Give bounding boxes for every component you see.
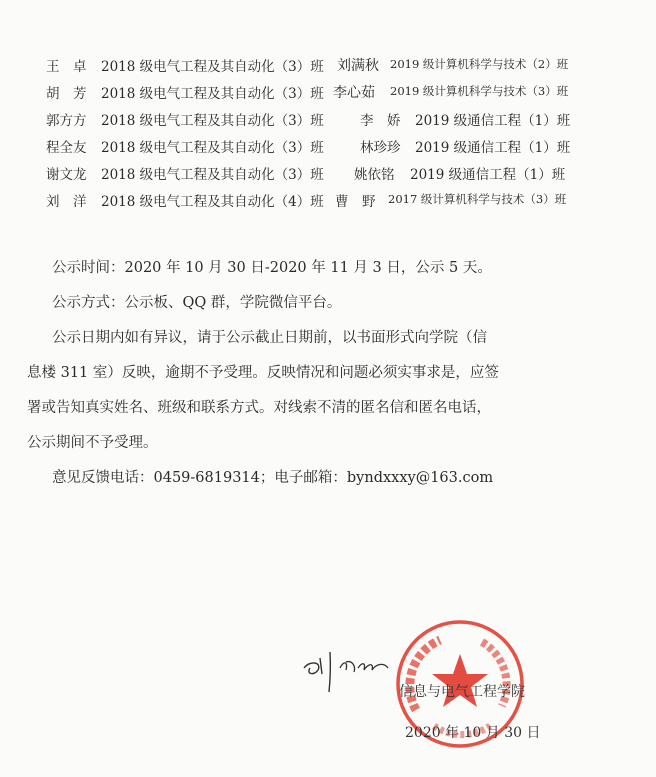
- student-class: 2019 级通信工程（1）班: [415, 109, 570, 129]
- student-name: 姚依铭: [354, 163, 395, 183]
- student-class: 2018 级电气工程及其自动化（3）班: [101, 55, 324, 75]
- feedback-contact: 意见反馈电话：0459-6819314；电子邮箱：byndxxxy@163.co…: [52, 466, 493, 487]
- objection-line-4: 公示期间不予受理。: [27, 431, 158, 452]
- student-name: 郭方方: [46, 109, 87, 129]
- objection-line-3: 署或告知真实姓名、班级和联系方式。对线索不清的匿名信和匿名电话，: [27, 396, 491, 417]
- student-class: 2019 级通信工程（1）班: [410, 163, 565, 183]
- student-class: 2018 级电气工程及其自动化（3）班: [101, 163, 324, 183]
- student-class: 2018 级电气工程及其自动化（3）班: [101, 136, 324, 156]
- student-class: 2018 级电气工程及其自动化（3）班: [101, 82, 324, 102]
- student-name: 李 娇: [360, 109, 401, 129]
- notice-time: 公示时间：2020 年 10 月 30 日-2020 年 11 月 3 日，公示…: [52, 256, 492, 277]
- student-name: 谢文龙: [46, 163, 87, 183]
- student-class: 2019 级计算机科学与技术（2）班: [390, 56, 568, 72]
- issuing-organization: 信息与电气工程学院: [399, 681, 525, 701]
- student-class: 2018 级电气工程及其自动化（3）班: [101, 109, 324, 129]
- student-class: 2018 级电气工程及其自动化（4）班: [101, 190, 324, 210]
- handwritten-signature-icon: [300, 640, 395, 700]
- student-class: 2017 级计算机科学与技术（3）班: [388, 191, 566, 207]
- student-name: 王 卓: [46, 55, 87, 75]
- student-name: 林珍珍: [360, 136, 401, 156]
- student-name: 曹 野: [335, 190, 376, 210]
- student-name: 胡 芳: [46, 82, 87, 102]
- student-name: 刘满秋: [337, 55, 379, 75]
- student-name: 李心茹: [333, 82, 375, 102]
- notice-method: 公示方式：公示板、QQ 群，学院微信平台。: [52, 291, 341, 312]
- objection-line-2: 息楼 311 室）反映，逾期不予受理。反映情况和问题必须实事求是，应签: [27, 361, 499, 382]
- issue-date: 2020 年 10 月 30 日: [405, 722, 541, 742]
- student-class: 2019 级计算机科学与技术（3）班: [390, 83, 568, 99]
- student-class: 2019 级通信工程（1）班: [415, 136, 570, 156]
- student-name: 程全友: [46, 136, 87, 156]
- objection-line-1: 公示日期内如有异议，请于公示截止日期前，以书面形式向学院（信: [52, 326, 487, 347]
- student-name: 刘 洋: [46, 190, 87, 210]
